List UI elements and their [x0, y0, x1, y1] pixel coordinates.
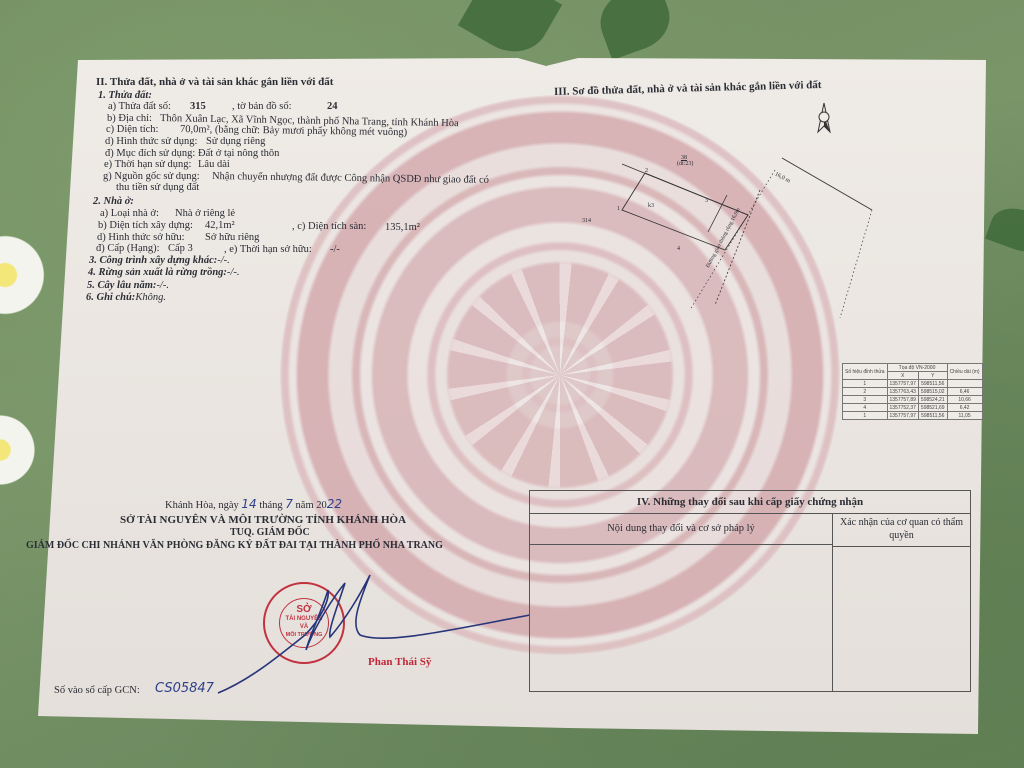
coord-header-vn2000: Tọa độ VN-2000	[887, 364, 947, 372]
left-parcel-number: 314	[582, 215, 591, 227]
coordinate-cell-pt: 4	[843, 404, 888, 412]
ownership-value: Sở hữu riêng	[205, 232, 259, 244]
coordinate-row: 11357757,97598511,56	[843, 380, 983, 388]
use-form-label: d) Hình thức sử dụng:	[105, 136, 197, 148]
coordinate-row: 41357752,37598521,696,42	[843, 404, 983, 412]
coordinate-cell-x: 1357763,43	[887, 388, 918, 396]
house-heading: 2. Nhà ở:	[93, 196, 134, 208]
coordinate-cell-len: 6,42	[947, 404, 982, 412]
other-construction-label: 3. Công trình xây dựng khác:-/-.	[89, 255, 230, 267]
date-month: 7	[285, 497, 293, 511]
coordinate-cell-len: 10,66	[947, 396, 982, 404]
signer-position: GIÁM ĐỐC CHI NHÁNH VĂN PHÒNG ĐĂNG KÝ ĐẤT…	[26, 540, 443, 552]
forest-heading: 4. Rừng sản xuất là rừng trồng:	[88, 267, 227, 278]
built-area-label: b) Diện tích xây dựng:	[98, 220, 193, 232]
on-behalf-of: TUQ. GIÁM ĐỐC	[230, 527, 310, 539]
coordinate-row: 31357757,89598524,2110,66	[843, 396, 983, 404]
perennial-label: 5. Cây lâu năm:-/-.	[87, 280, 169, 292]
coordinate-cell-x: 1357752,37	[887, 404, 918, 412]
column-divider	[832, 545, 833, 691]
coordinate-cell-y: 598521,69	[918, 404, 947, 412]
issuing-agency: SỞ TÀI NGUYÊN VÀ MÔI TRƯỜNG TỈNH KHÁNH H…	[120, 514, 406, 526]
date-year: 22	[327, 497, 342, 511]
leaf-decoration	[458, 0, 562, 65]
use-form-value: Sử dụng riêng	[206, 136, 265, 148]
term-label: e) Thời hạn sử dụng:	[104, 159, 191, 171]
other-construction-heading: 3. Công trình xây dựng khác:	[89, 255, 217, 266]
changes-col-confirmation: Xác nhận của cơ quan có thẩm quyền	[833, 514, 970, 547]
coordinate-cell-len: 6,46	[947, 388, 982, 396]
signer-name: Phan Thái Sỹ	[368, 656, 431, 668]
area-label: c) Diện tích:	[106, 124, 158, 136]
coord-header-y: Y	[918, 372, 947, 380]
registry-number: CS05847	[155, 681, 214, 696]
floor-area-label: , c) Diện tích sàn:	[292, 221, 366, 233]
forest-value: -/-.	[227, 267, 240, 278]
section4-title: IV. Những thay đổi sau khi cấp giấy chứn…	[530, 491, 970, 514]
coord-header-length: Chiều dài (m)	[947, 364, 982, 380]
vertex-4: 4	[677, 243, 680, 255]
forest-label: 4. Rừng sản xuất là rừng trồng:-/-.	[88, 267, 239, 279]
year-label: năm 20	[296, 500, 327, 511]
leaf-decoration	[592, 0, 678, 60]
changes-table: IV. Những thay đổi sau khi cấp giấy chứn…	[529, 490, 971, 692]
grade-label: đ) Cấp (Hạng):	[96, 243, 160, 255]
coordinate-row: 21357763,43598515,026,46	[843, 388, 983, 396]
flower-decoration	[0, 230, 50, 320]
house-type-value: Nhà ở riêng lẻ	[175, 208, 235, 220]
vertex-2: 2	[645, 165, 648, 177]
coordinate-cell-x: 1357757,89	[887, 396, 918, 404]
section2-title: II. Thửa đất, nhà ở và tài sản khác gắn …	[96, 76, 333, 88]
coordinate-cell-x: 1357757,97	[887, 380, 918, 388]
handwritten-signature	[210, 565, 540, 700]
coordinate-cell-pt: 1	[843, 380, 888, 388]
coordinate-cell-x: 1357757,97	[887, 412, 918, 420]
flower-decoration	[0, 410, 40, 490]
registry-label: Số vào sổ cấp GCN:	[54, 685, 140, 697]
coordinate-cell-pt: 3	[843, 396, 888, 404]
parcel-sketch-map	[600, 140, 880, 320]
issue-date: Khánh Hòa, ngày 14 tháng 7 năm 2022	[165, 498, 342, 512]
other-construction-value: -/-.	[217, 255, 230, 266]
built-area-value: 42,1m²	[205, 220, 235, 232]
changes-col-content: Nội dung thay đổi và cơ sở pháp lý	[530, 514, 833, 545]
coordinate-cell-len: 11,05	[947, 412, 982, 420]
note-value: Không.	[135, 292, 166, 303]
parcel-number: 315	[190, 101, 206, 113]
grade-value: Cấp 3	[168, 243, 193, 255]
north-arrow-icon	[812, 102, 836, 134]
vertex-1: 1	[617, 203, 620, 215]
coordinate-cell-pt: 2	[843, 388, 888, 396]
own-term-label: , e) Thời hạn sở hữu:	[224, 244, 312, 256]
coordinate-cell-len	[947, 380, 982, 388]
leaf-decoration	[985, 201, 1024, 259]
term-value: Lâu dài	[198, 159, 230, 171]
note-heading: 6. Ghi chú:	[86, 292, 135, 303]
month-label: tháng	[259, 500, 282, 511]
neighbor-parcel-area: (dt:23)	[677, 158, 693, 170]
coord-header-vertex: Số hiệu đỉnh thửa	[843, 364, 888, 380]
perennial-heading: 5. Cây lâu năm:	[87, 280, 156, 291]
map-sheet-label: , tờ bản đồ số:	[232, 101, 292, 113]
coordinate-cell-y: 598524,21	[918, 396, 947, 404]
coordinate-cell-y: 598511,56	[918, 380, 947, 388]
map-sheet-number: 24	[327, 101, 338, 113]
date-prefix: Khánh Hòa, ngày	[165, 500, 239, 511]
perennial-value: -/-.	[156, 280, 169, 291]
coordinate-cell-y: 598515,02	[918, 388, 947, 396]
house-footprint-label: k3	[648, 200, 654, 212]
note-label: 6. Ghi chú:Không.	[86, 292, 166, 304]
coord-header-x: X	[887, 372, 918, 380]
origin-value-cont: thu tiền sử dụng đất	[116, 182, 199, 194]
vertex-3: 3	[705, 195, 708, 207]
date-day: 14	[241, 497, 256, 511]
floor-area-value: 135,1m²	[385, 222, 420, 234]
coordinate-table: Số hiệu đỉnh thửa Tọa độ VN-2000 Chiều d…	[842, 363, 983, 420]
coordinate-cell-pt: 1	[843, 412, 888, 420]
house-type-label: a) Loại nhà ở:	[100, 208, 159, 220]
coordinate-cell-y: 598511,56	[918, 412, 947, 420]
coordinate-row: 11357757,97598511,5611,05	[843, 412, 983, 420]
parcel-label: a) Thửa đất số:	[108, 101, 171, 113]
own-term-value: -/-	[330, 244, 340, 256]
